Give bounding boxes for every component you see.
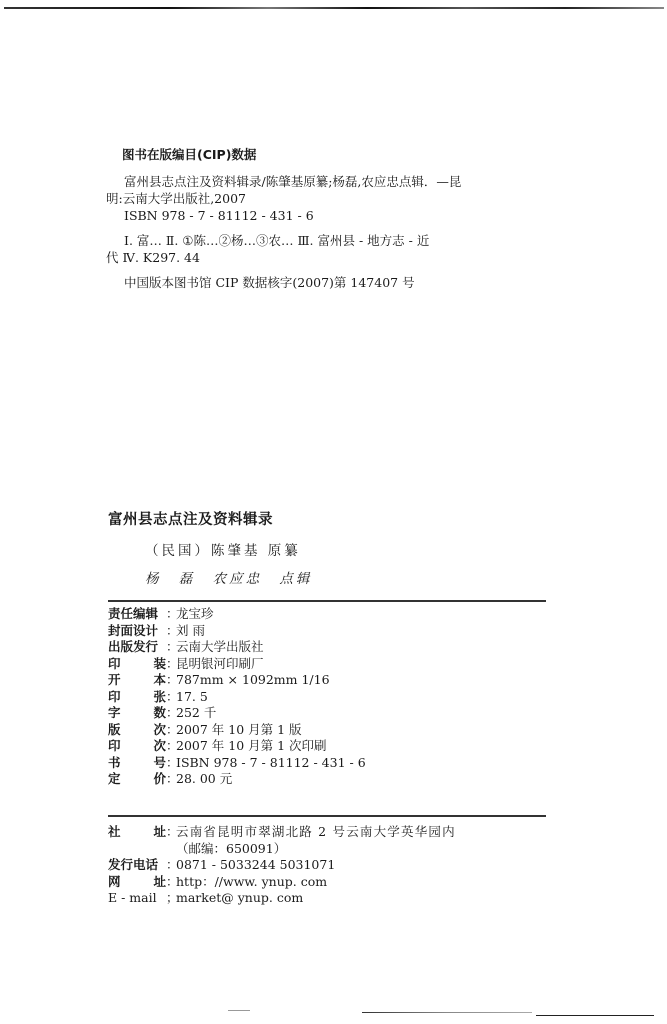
colophon-row-isbn: 书号：ISBN 978 - 7 - 81112 - 431 - 6 [108,755,366,772]
colophon-value: ISBN 978 - 7 - 81112 - 431 - 6 [176,755,366,772]
colophon-row-edition: 版次：2007 年 10 月第 1 版 [108,722,366,739]
contact-label: E - mail [108,890,166,907]
cip-isbn: ISBN 978 - 7 - 81112 - 431 - 6 [122,207,522,224]
divider-top [108,600,546,602]
cip-publisher-line: 明:云南大学出版社,2007 [106,190,522,207]
website-link[interactable]: http：//www. ynup. com [176,874,327,891]
cip-bibliographic-line: 富州县志点注及资料辑录/陈肇基原纂;杨磊,农应忠点辑．—昆 [122,173,522,190]
contact-row-phone: 发行电话：0871 - 5033244 5031071 [108,857,456,874]
colophon-label: 封面设计 [108,623,166,640]
colophon-row-sheets: 印张：17. 5 [108,689,366,706]
scan-edge-bottom [536,1015,654,1016]
colophon-label: 书号 [108,755,166,772]
colophon-value: 刘 雨 [176,623,205,640]
contact-row-postcode: （邮编：650091） [108,841,456,858]
colophon-value: 2007 年 10 月第 1 版 [176,722,302,739]
divider-bottom [108,815,546,817]
colophon-row-word-count: 字数：252 千 [108,705,366,722]
colophon-value: 龙宝珍 [176,606,214,623]
contact-row-address: 社址：云南省昆明市翠湖北路 2 号云南大学英华园内 [108,824,456,841]
book-title-block: 富州县志点注及资料辑录 （民国）陈肇基 原纂 杨 磊 农应忠 点辑 [108,508,312,587]
scan-edge-top [4,7,664,9]
publisher-contact-block: 社址：云南省昆明市翠湖北路 2 号云南大学英华园内 （邮编：650091） 发行… [108,824,456,907]
colophon-row-price: 定价：28. 00 元 [108,771,366,788]
scan-edge-bottom [228,1010,250,1011]
colophon-row-cover-design: 封面设计：刘 雨 [108,623,366,640]
cip-data-block: 图书在版编目(CIP)数据 富州县志点注及资料辑录/陈肇基原纂;杨磊,农应忠点辑… [122,146,522,291]
colophon-value: 17. 5 [176,689,208,706]
cip-classification-continued: 代 Ⅳ. K297. 44 [106,249,522,266]
colophon-label: 开本 [108,672,166,689]
original-author: （民国）陈肇基 原纂 [145,539,312,559]
colophon-value: 云南大学出版社 [176,639,264,656]
colophon-value: 昆明银河印刷厂 [176,656,264,673]
colophon-label: 责任编辑 [108,606,166,623]
cip-heading: 图书在版编目(CIP)数据 [122,146,522,163]
colophon-row-printing: 印次：2007 年 10 月第 1 次印刷 [108,738,366,755]
distribution-phone: 0871 - 5033244 5031071 [176,857,335,874]
colophon-value: 2007 年 10 月第 1 次印刷 [176,738,327,755]
colophon-label: 出版发行 [108,639,166,656]
colophon-value: 252 千 [176,705,216,722]
cip-record-number: 中国版本图书馆 CIP 数据核字(2007)第 147407 号 [122,274,522,291]
colophon-label: 定价 [108,771,166,788]
colophon-label: 印次 [108,738,166,755]
contact-label: 发行电话 [108,857,166,874]
colophon-label: 印装 [108,656,166,673]
colophon-value: 787mm × 1092mm 1/16 [176,672,330,689]
contact-label: 网址 [108,874,166,891]
colophon-value: 28. 00 元 [176,771,232,788]
contact-row-website: 网址：http：//www. ynup. com [108,874,456,891]
email-link[interactable]: market@ ynup. com [176,890,303,907]
cip-classification-line: Ⅰ. 富… Ⅱ. ①陈…②杨…③农… Ⅲ. 富州县 - 地方志 - 近 [122,232,522,249]
contact-label: 社址 [108,824,166,841]
book-title: 富州县志点注及资料辑录 [108,508,312,529]
colophon-row-publisher: 出版发行：云南大学出版社 [108,639,366,656]
colophon-row-printer: 印装：昆明银河印刷厂 [108,656,366,673]
colophon-row-editor: 责任编辑：龙宝珍 [108,606,366,623]
colophon-label: 版次 [108,722,166,739]
scan-edge-bottom [362,1012,532,1013]
colophon-block: 责任编辑：龙宝珍 封面设计：刘 雨 出版发行：云南大学出版社 印装：昆明银河印刷… [108,606,366,788]
publisher-address: 云南省昆明市翠湖北路 2 号云南大学英华园内 [176,824,456,841]
colophon-label: 印张 [108,689,166,706]
contact-row-email: E - mail；market@ ynup. com [108,890,456,907]
colophon-row-format: 开本：787mm × 1092mm 1/16 [108,672,366,689]
annotating-editors: 杨 磊 农应忠 点辑 [145,567,312,587]
postcode: （邮编：650091） [176,841,286,858]
colophon-label: 字数 [108,705,166,722]
